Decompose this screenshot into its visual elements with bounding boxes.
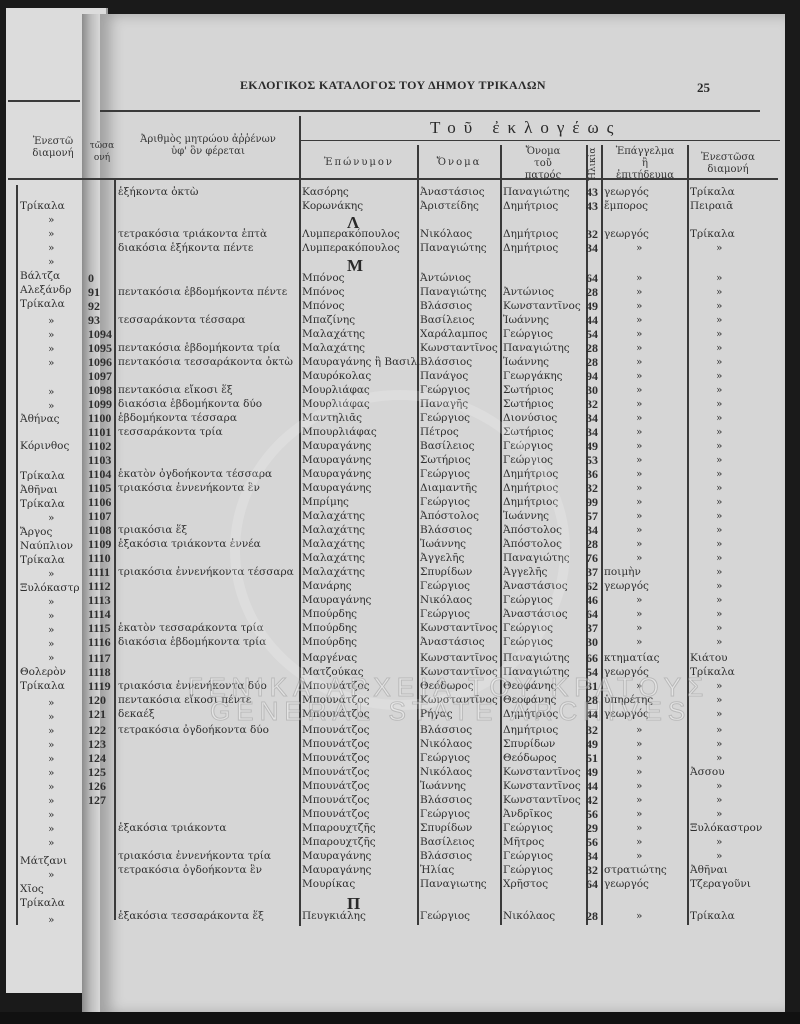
residence-cell: » bbox=[716, 566, 722, 579]
registry-number-text: τεσσαράκοντα τέσσαρα bbox=[118, 314, 245, 327]
surname-cell: Μπόνος bbox=[302, 272, 345, 285]
occupation-cell: γεωργός bbox=[604, 186, 649, 199]
age-cell: 57 bbox=[586, 510, 598, 523]
residence-cell: » bbox=[716, 286, 722, 299]
surname-cell: Μπαζίνης bbox=[302, 314, 355, 327]
father-name-cell: Σωτήριος bbox=[503, 398, 554, 411]
name-cell: Γεώργιος bbox=[420, 752, 470, 765]
left-residence-entry: Τρίκαλα bbox=[20, 298, 65, 311]
residence-cell: » bbox=[716, 356, 722, 369]
surname-cell: Μπουνάτζος bbox=[302, 738, 370, 751]
occupation-cell: » bbox=[636, 384, 642, 397]
age-cell: 28 bbox=[586, 286, 598, 299]
col-divider bbox=[16, 185, 18, 925]
left-residence-entry: Ἀθῆναι bbox=[20, 484, 58, 497]
father-name-cell: Γεωργάκης bbox=[503, 370, 563, 383]
residence-cell: » bbox=[716, 370, 722, 383]
residence-cell: » bbox=[716, 694, 722, 707]
scan-edge bbox=[0, 1012, 800, 1024]
left-residence-entry: » bbox=[48, 624, 54, 637]
occupation-cell: » bbox=[636, 622, 642, 635]
age-cell: 34 bbox=[586, 850, 598, 863]
age-header: Ἡλικία bbox=[587, 151, 599, 181]
row-number: 1113 bbox=[88, 594, 111, 607]
age-cell: 76 bbox=[586, 552, 598, 565]
row-number: 124 bbox=[88, 752, 106, 765]
col-divider bbox=[601, 145, 603, 925]
residence-cell: » bbox=[716, 524, 722, 537]
age-cell: 99 bbox=[586, 496, 598, 509]
residence-cell: » bbox=[716, 496, 722, 509]
age-cell: 53 bbox=[586, 454, 598, 467]
row-number: 1105 bbox=[88, 482, 111, 495]
left-residence-entry: Τρίκαλα bbox=[20, 470, 65, 483]
left-residence-entry: » bbox=[48, 823, 54, 836]
residence-cell: » bbox=[716, 780, 722, 793]
surname-cell: Μπουνάτζος bbox=[302, 752, 370, 765]
row-number: 122 bbox=[88, 724, 106, 737]
age-cell: 62 bbox=[586, 580, 598, 593]
father-name-cell: Θεόδωρος bbox=[503, 752, 557, 765]
age-cell: 32 bbox=[586, 482, 598, 495]
left-residence-entry: Τρίκαλα bbox=[20, 498, 65, 511]
left-residence-entry: » bbox=[48, 767, 54, 780]
residence-cell: Ἀσσου bbox=[690, 766, 725, 779]
occupation-cell: γεωργός bbox=[604, 580, 649, 593]
row-number: 1108 bbox=[88, 524, 111, 537]
surname-cell: Κορωνάκης bbox=[302, 200, 363, 213]
name-cell: Βλάσσιος bbox=[420, 850, 472, 863]
residence-cell: » bbox=[716, 242, 722, 255]
left-residence-entry: Κόρινθος bbox=[20, 440, 69, 453]
row-number: 1106 bbox=[88, 496, 111, 509]
page-number: 25 bbox=[697, 80, 710, 96]
name-cell: Βλάσσιος bbox=[420, 356, 472, 369]
age-cell: 94 bbox=[586, 370, 598, 383]
left-residence-entry: » bbox=[48, 357, 54, 370]
row-number: 93 bbox=[88, 314, 100, 327]
surname-cell: Μπαρουχτζῆς bbox=[302, 836, 376, 849]
surname-cell: Λυμπερακόπουλος bbox=[302, 228, 400, 241]
occupation-cell: » bbox=[636, 496, 642, 509]
surname-cell: Μουρίκας bbox=[302, 878, 355, 891]
age-cell: 46 bbox=[586, 594, 598, 607]
occupation-cell: » bbox=[636, 766, 642, 779]
age-cell: 32 bbox=[586, 398, 598, 411]
registry-number-text: τριακόσια ἐννενήκοντα ἓν bbox=[118, 482, 260, 495]
residence-cell: » bbox=[716, 580, 722, 593]
name-cell: Παναγιώτης bbox=[420, 242, 487, 255]
age-cell: 34 bbox=[586, 426, 598, 439]
residence-cell: » bbox=[716, 608, 722, 621]
residence-cell: Πειραιᾶ bbox=[690, 200, 733, 213]
row-number: 125 bbox=[88, 766, 106, 779]
occupation-cell: » bbox=[636, 552, 642, 565]
residence-cell: Ξυλόκαστρον bbox=[690, 822, 762, 835]
left-residence-entry: » bbox=[48, 343, 54, 356]
father-name-cell: Δημήτριος bbox=[503, 200, 558, 213]
row-number: 120 bbox=[88, 694, 106, 707]
name-cell: Γεώργιος bbox=[420, 910, 470, 923]
left-residence-entry: » bbox=[48, 329, 54, 342]
occupation-cell: » bbox=[636, 910, 642, 923]
left-residence-entry: Τρίκαλα bbox=[20, 897, 65, 910]
left-residence-entry: » bbox=[48, 753, 54, 766]
name-cell: Βλάσσιος bbox=[420, 794, 472, 807]
occupation-cell: γεωργός bbox=[604, 878, 649, 891]
left-residence-entry: Μάτζανι bbox=[20, 855, 67, 868]
father-name-cell: Κωνσταντῖνος bbox=[503, 794, 581, 807]
left-residence-entry: Τρίκαλα bbox=[20, 200, 65, 213]
residence-cell: » bbox=[716, 412, 722, 425]
name-cell: Γεώργιος bbox=[420, 808, 470, 821]
col-divider bbox=[687, 145, 689, 925]
surname-cell: Μαυραγάνης ἢ Βασιλ. bbox=[302, 356, 420, 369]
residence-cell: » bbox=[716, 680, 722, 693]
watermark-english: GENERAL STATE ARCHIVES bbox=[210, 696, 691, 727]
occupation-cell: » bbox=[636, 510, 642, 523]
occupation-cell: » bbox=[636, 356, 642, 369]
age-cell: 37 bbox=[586, 566, 598, 579]
occupation-cell: » bbox=[636, 808, 642, 821]
left-residence-entry: Αλεξάνδρ bbox=[20, 284, 71, 297]
left-residence-entry: Χῖος bbox=[20, 883, 44, 896]
father-name-header: Ὄνομα τοῦ πατρός bbox=[500, 146, 586, 182]
age-cell: 49 bbox=[586, 440, 598, 453]
age-cell: 34 bbox=[586, 412, 598, 425]
occupation-cell: » bbox=[636, 314, 642, 327]
residence-cell: » bbox=[716, 808, 722, 821]
age-cell: 30 bbox=[586, 636, 598, 649]
surname-cell: Πευγκιάλης bbox=[302, 910, 366, 923]
age-cell: 64 bbox=[586, 272, 598, 285]
residence-cell: » bbox=[716, 482, 722, 495]
father-name-cell: Ἰωάννης bbox=[503, 356, 549, 369]
left-residence-entry: » bbox=[48, 386, 54, 399]
registry-number-text: πεντακόσια ἑβδομήκοντα τρία bbox=[118, 342, 280, 355]
left-residence-entry: » bbox=[48, 809, 54, 822]
name-cell: Ἀριστείδης bbox=[420, 200, 479, 213]
registry-number-text: τριακόσια ἕξ bbox=[118, 524, 187, 537]
name-cell: Νικόλαος bbox=[420, 738, 472, 751]
residence-cell: » bbox=[716, 724, 722, 737]
age-cell: 51 bbox=[586, 752, 598, 765]
left-residence-entry: » bbox=[48, 568, 54, 581]
row-number: 127 bbox=[88, 794, 106, 807]
name-cell: Ἀναστάσιος bbox=[420, 186, 485, 199]
left-residence-entry: » bbox=[48, 697, 54, 710]
row-number: 1096 bbox=[88, 356, 112, 369]
residence-cell: » bbox=[716, 738, 722, 751]
occupation-cell: » bbox=[636, 594, 642, 607]
name-cell: Ἀντώνιος bbox=[420, 272, 471, 285]
left-residence-entry: » bbox=[48, 400, 54, 413]
header-rule-top-main bbox=[100, 110, 760, 112]
left-residence-entry: » bbox=[48, 638, 54, 651]
occupation-cell: » bbox=[636, 370, 642, 383]
row-number: 1115 bbox=[88, 622, 111, 635]
age-cell: 44 bbox=[586, 314, 598, 327]
left-residence-header: Ἐνεστῶ διαμονή bbox=[18, 136, 88, 160]
occupation-cell: » bbox=[636, 398, 642, 411]
registry-number-text: πεντακόσια ἑβδομήκοντα πέντε bbox=[118, 286, 287, 299]
surname-cell: Μπαρουχτζῆς bbox=[302, 822, 376, 835]
father-name-cell: Γεώργιος bbox=[503, 850, 553, 863]
age-cell: 30 bbox=[586, 384, 598, 397]
row-number: 0 bbox=[88, 272, 94, 285]
age-cell: 34 bbox=[586, 242, 598, 255]
row-number: 1104 bbox=[88, 468, 111, 481]
occupation-cell: » bbox=[636, 272, 642, 285]
age-cell: 44 bbox=[586, 780, 598, 793]
residence-cell: » bbox=[716, 272, 722, 285]
occupation-cell: » bbox=[636, 780, 642, 793]
left-residence-entry: » bbox=[48, 739, 54, 752]
father-name-cell: Δημήτριος bbox=[503, 228, 558, 241]
surname-cell: Μαλαχάτης bbox=[302, 328, 365, 341]
residence-cell: » bbox=[716, 850, 722, 863]
occupation-cell: » bbox=[636, 300, 642, 313]
name-cell: Βλάσσιος bbox=[420, 300, 472, 313]
row-number: 1097 bbox=[88, 370, 112, 383]
left-residence-entry: Θολερὸν bbox=[20, 666, 66, 679]
left-residence-entry: Ἄργος bbox=[20, 526, 52, 539]
registry-number-text: τριακόσια ἐννενήκοντα τρία bbox=[118, 850, 271, 863]
occupation-cell: » bbox=[636, 426, 642, 439]
surname-cell: Μπουνάτζος bbox=[302, 766, 370, 779]
registry-number-text: τετρακόσια ὀγδοήκοντα ἓν bbox=[118, 864, 262, 877]
registry-number-text: τετρακόσια τριάκοντα ἑπτὰ bbox=[118, 228, 267, 241]
residence-cell: » bbox=[716, 398, 722, 411]
surname-cell: Λυμπερακόπουλος bbox=[302, 242, 400, 255]
surname-header: Ἐπώνυμον bbox=[300, 157, 418, 169]
row-number: 1119 bbox=[88, 680, 111, 693]
father-name-cell: Γεώργιος bbox=[503, 822, 553, 835]
occupation-cell: ἔμπορος bbox=[604, 200, 648, 213]
residence-cell: Τρίκαλα bbox=[690, 910, 735, 923]
row-number: 126 bbox=[88, 780, 106, 793]
row-number: 1099 bbox=[88, 398, 112, 411]
residence-cell: » bbox=[716, 314, 722, 327]
row-number: 1109 bbox=[88, 538, 111, 551]
residence-cell: » bbox=[716, 342, 722, 355]
row-number: 1102 bbox=[88, 440, 111, 453]
left-residence-entry: » bbox=[48, 610, 54, 623]
surname-cell: Μαυραγάνης bbox=[302, 864, 371, 877]
left-residence-entry: » bbox=[48, 256, 54, 269]
father-name-cell: Σπυρίδων bbox=[503, 738, 555, 751]
occupation-cell: » bbox=[636, 468, 642, 481]
age-cell: 37 bbox=[586, 622, 598, 635]
residence-cell: » bbox=[716, 538, 722, 551]
occupation-cell: » bbox=[636, 608, 642, 621]
father-name-cell: Ἀντώνιος bbox=[503, 286, 554, 299]
occupation-cell: » bbox=[636, 538, 642, 551]
father-name-cell: Κωνσταντῖνος bbox=[503, 780, 581, 793]
registry-number-text: ἑκατὸν τεσσαράκοντα τρία bbox=[118, 622, 264, 635]
registry-number-text: διακόσια ἑξήκοντα πέντε bbox=[118, 242, 253, 255]
registry-number-text: τεσσαράκοντα τρία bbox=[118, 426, 223, 439]
occupation-cell: » bbox=[636, 440, 642, 453]
occupation-cell: » bbox=[636, 286, 642, 299]
residence-cell: » bbox=[716, 426, 722, 439]
left-residence-entry: Ναύπλιον bbox=[20, 540, 73, 553]
age-cell: 28 bbox=[586, 356, 598, 369]
row-number: 1116 bbox=[88, 636, 111, 649]
father-name-cell: Γεώργιος bbox=[503, 328, 553, 341]
father-name-cell: Παναγιώτης bbox=[503, 186, 570, 199]
occupation-cell: » bbox=[636, 342, 642, 355]
age-cell: 66 bbox=[586, 652, 598, 665]
age-cell: 64 bbox=[586, 608, 598, 621]
registry-number-text: διακόσια ἑβδομήκοντα τρία bbox=[118, 636, 266, 649]
page-title: ΕΚΛΟΓΙΚΟΣ ΚΑΤΑΛΟΓΟΣ ΤΟΥ ΔΗΜΟΥ ΤΡΙΚΑΛΩΝ bbox=[240, 78, 546, 93]
residence-cell: » bbox=[716, 300, 722, 313]
row-number: 123 bbox=[88, 738, 106, 751]
row-number: 91 bbox=[88, 286, 100, 299]
left-residence-entry: » bbox=[48, 596, 54, 609]
age-cell: 36 bbox=[586, 468, 598, 481]
residence-cell: » bbox=[716, 328, 722, 341]
occupation-cell: » bbox=[636, 328, 642, 341]
occupation-cell: » bbox=[636, 454, 642, 467]
age-cell: 49 bbox=[586, 738, 598, 751]
left-residence-entry: » bbox=[48, 869, 54, 882]
residence-cell: Τρίκαλα bbox=[690, 186, 735, 199]
row-number: 1094 bbox=[88, 328, 112, 341]
residence-cell: » bbox=[716, 552, 722, 565]
residence-cell: » bbox=[716, 794, 722, 807]
surname-cell: Μπόνος bbox=[302, 300, 345, 313]
residence-cell: Τρίκαλα bbox=[690, 228, 735, 241]
registry-number-text: ἑξακόσια τεσσαράκοντα ἕξ bbox=[118, 910, 264, 923]
row-number: 1110 bbox=[88, 552, 111, 565]
father-name-cell: Ἰωάννης bbox=[503, 314, 549, 327]
row-number: 121 bbox=[88, 708, 106, 721]
left-residence-entry: » bbox=[48, 652, 54, 665]
registry-number-text: ἑξήκοντα ὀκτὼ bbox=[118, 186, 198, 199]
left-residence-entry: » bbox=[48, 228, 54, 241]
left-residence-entry: Τρίκαλα bbox=[20, 554, 65, 567]
name-cell: Νικόλαος bbox=[420, 228, 472, 241]
name-cell: Χαράλαμπος bbox=[420, 328, 488, 341]
left-residence-entry: Ξυλόκαστρ bbox=[20, 582, 80, 595]
surname-cell: Μαυραγάνης bbox=[302, 850, 371, 863]
row-number: 1114 bbox=[88, 608, 111, 621]
age-cell: 56 bbox=[586, 836, 598, 849]
left-residence-entry: » bbox=[48, 214, 54, 227]
age-cell: 28 bbox=[586, 342, 598, 355]
left-residence-entry: » bbox=[48, 512, 54, 525]
residence-cell: » bbox=[716, 836, 722, 849]
occupation-cell: » bbox=[636, 794, 642, 807]
residence-cell: Κιάτου bbox=[690, 652, 728, 665]
father-name-cell: Παναγιώτης bbox=[503, 342, 570, 355]
father-name-cell: Δημήτριος bbox=[503, 242, 558, 255]
occupation-cell: » bbox=[636, 752, 642, 765]
father-name-cell: Διονύσιος bbox=[503, 412, 557, 425]
group-rule bbox=[300, 140, 780, 141]
left-residence-entry: » bbox=[48, 711, 54, 724]
age-cell: 28 bbox=[586, 910, 598, 923]
left-residence-entry: » bbox=[48, 781, 54, 794]
occupation-cell: κτηματίας bbox=[604, 652, 659, 665]
age-cell: 49 bbox=[586, 300, 598, 313]
residence-cell: » bbox=[716, 510, 722, 523]
age-cell: 43 bbox=[586, 186, 598, 199]
row-number: 1112 bbox=[88, 580, 111, 593]
father-name-cell: Κωνσταντῖνος bbox=[503, 300, 581, 313]
residence-cell: » bbox=[716, 468, 722, 481]
section-letter-mu: Μ bbox=[347, 256, 363, 276]
strip-header-fragment: τῶσα ονή bbox=[88, 140, 116, 164]
name-cell: Κωνσταντῖνος bbox=[420, 342, 498, 355]
occupation-cell: » bbox=[636, 524, 642, 537]
residence-cell: Τζεραγοῦνι bbox=[690, 878, 751, 891]
left-residence-entry: » bbox=[48, 914, 54, 927]
row-number: 1118 bbox=[88, 666, 111, 679]
residence-cell: » bbox=[716, 384, 722, 397]
occupation-cell: » bbox=[636, 850, 642, 863]
left-residence-entry: » bbox=[48, 725, 54, 738]
left-residence-entry: » bbox=[48, 315, 54, 328]
age-cell: 34 bbox=[586, 524, 598, 537]
left-residence-entry: Ἀθήνας bbox=[20, 413, 60, 426]
occupation-cell: » bbox=[636, 636, 642, 649]
registry-number-text: διακόσια ἑβδομήκοντα δύο bbox=[118, 398, 262, 411]
left-residence-entry: » bbox=[48, 795, 54, 808]
archive-watermark-seal bbox=[230, 390, 570, 710]
registry-number-text: ἑξακόσια τριάκοντα bbox=[118, 822, 226, 835]
occupation-cell: » bbox=[636, 242, 642, 255]
residence-cell: Ἀθῆναι bbox=[690, 864, 728, 877]
residence-header: Ἐνεστῶσα διαμονή bbox=[688, 152, 768, 176]
surname-cell: Μπόνος bbox=[302, 286, 345, 299]
name-cell: Παναγιωτης bbox=[420, 878, 487, 891]
occupation-cell: » bbox=[636, 482, 642, 495]
residence-cell: » bbox=[716, 622, 722, 635]
father-name-cell: Σωτήριος bbox=[503, 384, 554, 397]
surname-cell: Μπουνάτζος bbox=[302, 794, 370, 807]
registry-number-text: πεντακόσια τεσσαράκοντα ὀκτὼ bbox=[118, 356, 293, 369]
row-number: 92 bbox=[88, 300, 100, 313]
surname-cell: Μαυρόκολας bbox=[302, 370, 371, 383]
row-number: 1103 bbox=[88, 454, 111, 467]
occupation-cell: γεωργός bbox=[604, 228, 649, 241]
occupation-cell: » bbox=[636, 822, 642, 835]
occupation-cell: » bbox=[636, 836, 642, 849]
name-cell: Βασίλειος bbox=[420, 314, 475, 327]
left-residence-entry: Τρίκαλα bbox=[20, 680, 65, 693]
residence-cell: » bbox=[716, 440, 722, 453]
age-cell: 49 bbox=[586, 766, 598, 779]
residence-cell: » bbox=[716, 752, 722, 765]
occupation-cell: » bbox=[636, 412, 642, 425]
row-number: 1107 bbox=[88, 510, 111, 523]
father-name-cell: Γεώργιος bbox=[503, 864, 553, 877]
father-name-cell: Νικόλαος bbox=[503, 910, 555, 923]
name-cell: Παναγιώτης bbox=[420, 286, 487, 299]
age-cell: 29 bbox=[586, 822, 598, 835]
row-number: 1117 bbox=[88, 652, 111, 665]
row-number: 1095 bbox=[88, 342, 112, 355]
name-cell: Ἠλίας bbox=[420, 864, 454, 877]
row-number: 1111 bbox=[88, 566, 110, 579]
occupation-cell: στρατιώτης bbox=[604, 864, 667, 877]
occupation-cell: » bbox=[636, 738, 642, 751]
father-name-cell: Μῆτρος bbox=[503, 836, 544, 849]
father-name-cell: Κωνσταντῖνος bbox=[503, 766, 581, 779]
